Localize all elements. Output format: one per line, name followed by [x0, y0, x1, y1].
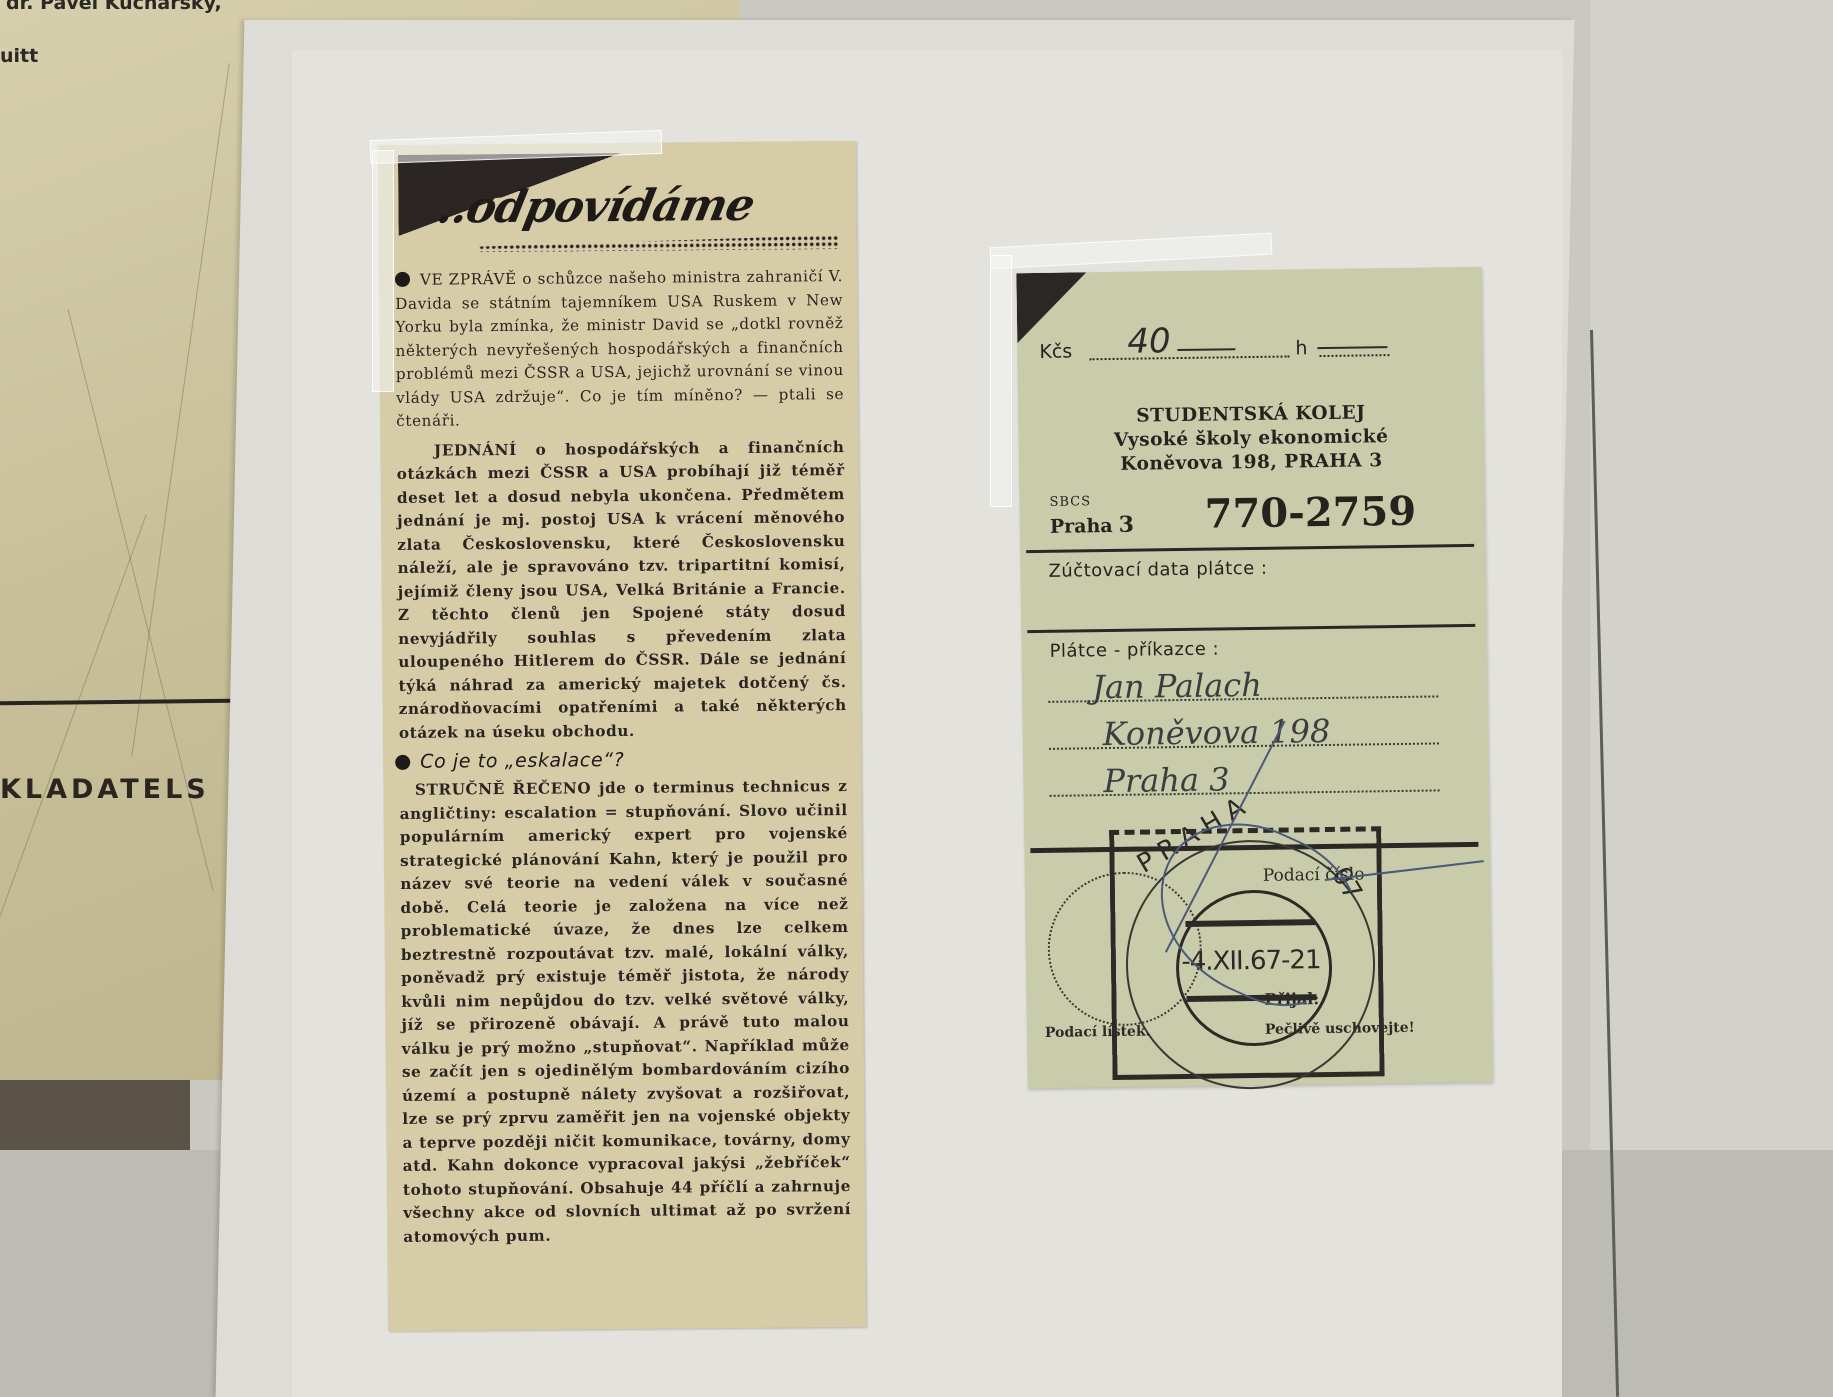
- bullet-icon: [395, 755, 410, 770]
- bank-branch-number: 3: [1118, 512, 1134, 538]
- amount-dotted-line: [1090, 355, 1290, 360]
- newspaper-clipping: ..odpovídáme VE ZPRÁVĚ o schůzce našeho …: [378, 141, 866, 1331]
- clipping-paragraph-3: STRUČNĚ ŘEČENO jde o terminus technicus …: [399, 775, 851, 1249]
- org-line: Koněvova 198, PRAHA 3: [1019, 448, 1484, 478]
- bank-branch: Praha3: [1050, 512, 1134, 539]
- paragraph-text: o hospodářských a finančních otázkách me…: [397, 438, 847, 742]
- bank-branch-name: Praha: [1050, 515, 1113, 538]
- clipping-header: ..odpovídáme: [398, 151, 839, 265]
- account-number: 770-2759: [1204, 488, 1416, 538]
- haler-label: h: [1295, 337, 1307, 359]
- book-rule: [0, 699, 232, 705]
- book-author-line: dr. Pavel Kuchařský,: [6, 0, 222, 14]
- corner-triangle-mark: [1016, 272, 1087, 343]
- clipping-paragraph-2: JEDNÁNÍ o hospodářských a finančních otá…: [396, 436, 847, 745]
- payer-label: Plátce - příkazce :: [1049, 638, 1219, 661]
- book-text-fragment: uitt: [0, 45, 38, 67]
- settlement-label: Zúčtovací data plátce :: [1048, 558, 1267, 582]
- receipt-label: Podací lístek.: [1045, 1023, 1151, 1040]
- section-rule: [1026, 544, 1474, 553]
- paragraph-text: jde o terminus technicus z angličtiny: e…: [400, 777, 852, 1245]
- payee-organization: STUDENTSKÁ KOLEJ Vysoké školy ekonomické…: [1018, 400, 1484, 478]
- haler-dash: [1317, 346, 1387, 349]
- postal-receipt-slip: Kčs 40 h STUDENTSKÁ KOLEJ Vysoké školy e…: [1016, 267, 1492, 1088]
- tape-strip: [990, 255, 1012, 507]
- clipping-subheading: Co je to „eskalace“?: [395, 747, 847, 773]
- paragraph-text: o schůzce našeho ministra zahraničí V. D…: [395, 267, 844, 430]
- bullet-icon: [395, 272, 410, 287]
- amount-dash: [1177, 348, 1235, 351]
- clipping-title: ..odpovídáme: [433, 180, 758, 234]
- paragraph-lead: STRUČNĚ ŘEČENO: [415, 779, 591, 799]
- paper-crack: [131, 63, 229, 756]
- book-publisher-text: KLADATELS: [0, 774, 210, 805]
- currency-label: Kčs: [1039, 341, 1072, 363]
- paper-crack: [0, 515, 146, 985]
- paragraph-lead: JEDNÁNÍ: [434, 440, 517, 459]
- amount-handwritten: 40: [1127, 321, 1171, 362]
- bank-label: SBCS: [1049, 494, 1091, 510]
- subheading-text: Co je to „eskalace“?: [420, 749, 624, 773]
- clipping-paragraph-1: VE ZPRÁVĚ o schůzce našeho ministra zahr…: [395, 265, 844, 433]
- keep-safe-label: Pečlivě uschovejte!: [1265, 1020, 1415, 1038]
- paragraph-lead: VE ZPRÁVĚ: [420, 270, 517, 289]
- tape-strip: [372, 150, 394, 392]
- header-halftone-band: [479, 235, 839, 252]
- haler-dotted-line: [1320, 354, 1390, 357]
- clipping-body: VE ZPRÁVĚ o schůzce našeho ministra zahr…: [395, 265, 852, 1255]
- book-edge: [0, 1080, 190, 1150]
- section-rule: [1027, 624, 1475, 633]
